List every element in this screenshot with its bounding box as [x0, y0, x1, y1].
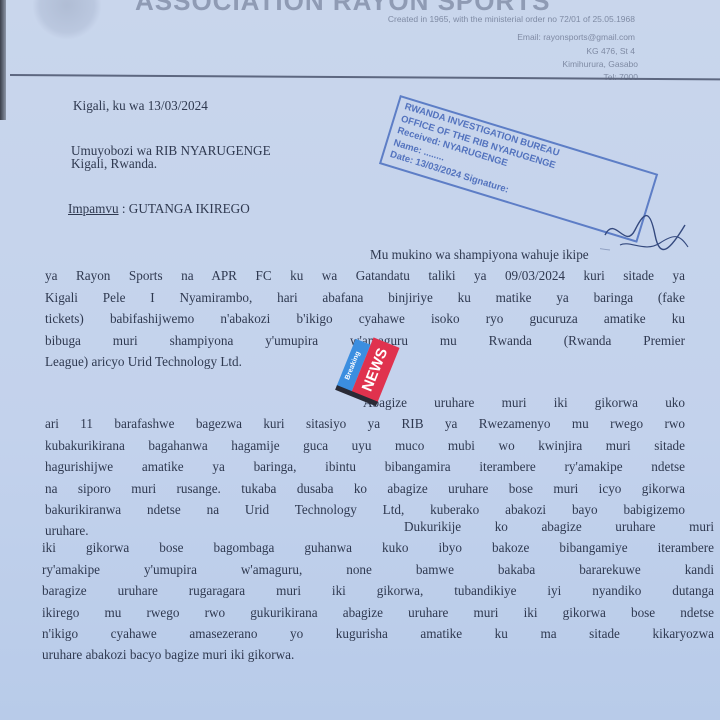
- text-line: uruhare abakozi bacyo bagize muri iki gi…: [42, 644, 714, 665]
- text-line: Kigali Pele I Nyamirambo, hari abafana b…: [45, 287, 685, 308]
- text-line: kubakurikirana bagahanwa hagamije guca u…: [45, 435, 685, 456]
- text-line: Dukurikije ko abagize uruhare muri: [42, 516, 714, 537]
- text-line: ari 11 barafashwe bagezwa kuri sitasiyo …: [45, 413, 685, 434]
- text-line: Mu mukino wa shampiyona wahuje ikipe: [45, 244, 685, 265]
- header-founding-line: Created in 1965, with the ministerial or…: [165, 14, 635, 24]
- subject-line: Impamvu : GUTANGA IKIREGO: [68, 198, 250, 220]
- text-line: baragize uruhare rugaragara muri iki gik…: [42, 580, 714, 601]
- subject-text: : GUTANGA IKIREGO: [119, 201, 250, 216]
- header-address: KG 476, St 4: [435, 46, 635, 56]
- text-line: tickets) babifashijwemo n'abakozi b'ikig…: [45, 308, 685, 329]
- text-line: ikirego mu rwego rwo gukurikirana abagiz…: [42, 602, 714, 623]
- text-line: ry'amakipe y'umupira w'amaguru, none bam…: [42, 559, 714, 580]
- recipient-location: Kigali, Rwanda.: [71, 156, 157, 172]
- text-line: hagurishijwe amatike ya baringa, ibintu …: [45, 456, 685, 477]
- subject-label: Impamvu: [68, 201, 119, 216]
- text-line: ya Rayon Sports na APR FC ku wa Gatandat…: [45, 265, 685, 286]
- text-line: n'ikigo cyahawe amasezerano yo kugurisha…: [42, 623, 714, 644]
- place-date: Kigali, ku wa 13/03/2024: [73, 95, 208, 117]
- text-line: iki gikorwa bose bagombaga guhanwa kuko …: [42, 537, 714, 558]
- header-location: Kimihurura, Gasabo: [435, 59, 638, 69]
- text-line: na siporo muri rusange. tukaba dusaba ko…: [45, 478, 685, 499]
- paragraph-3: Dukurikije ko abagize uruhare muri iki g…: [42, 516, 714, 666]
- header-email: Email: rayonsports@gmail.com: [335, 32, 635, 42]
- club-logo: [32, 0, 102, 40]
- letterhead: ASSOCIATION RAYON SPORTS Created in 1965…: [0, 0, 720, 88]
